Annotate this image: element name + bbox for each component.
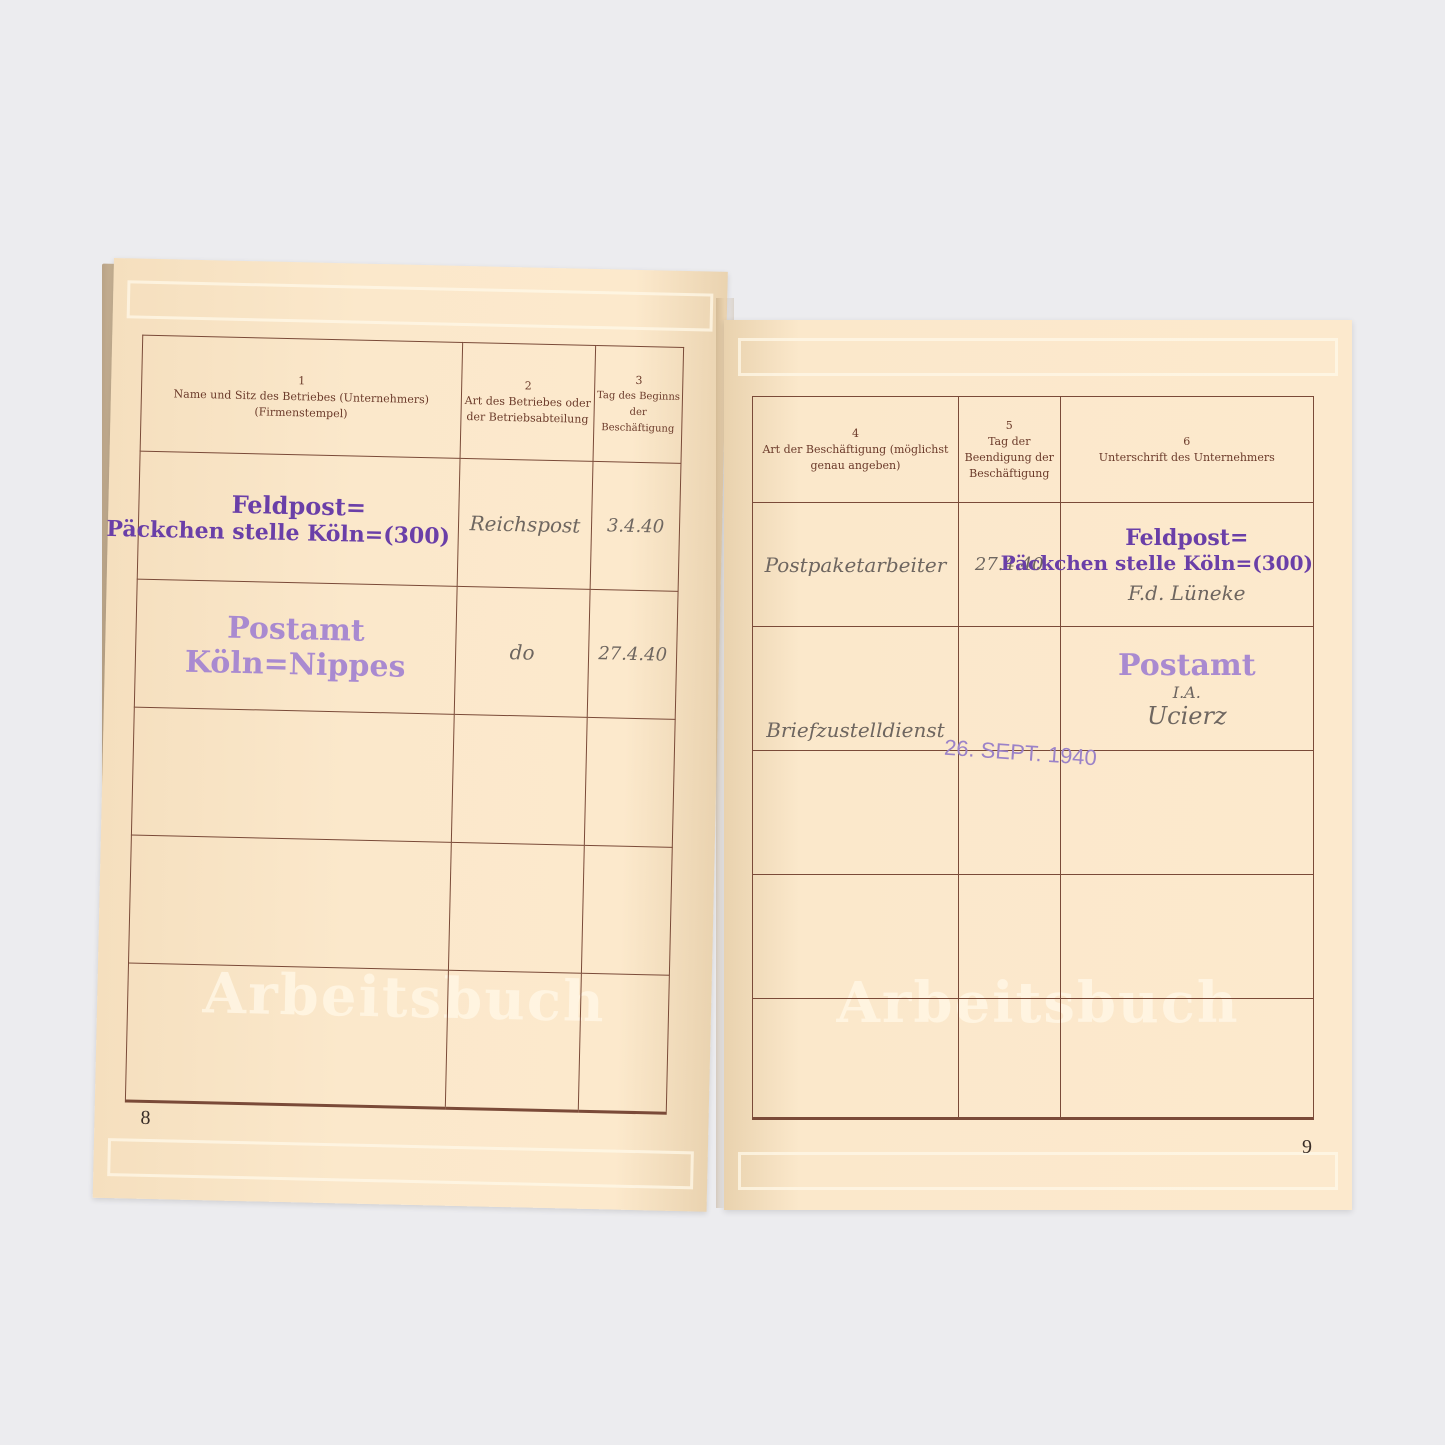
- column-header-2: 2 Art des Betriebes oder der Betriebsabt…: [460, 342, 596, 461]
- empty-cell: [581, 845, 672, 975]
- empty-cell: [445, 970, 581, 1111]
- empty-cell: [958, 875, 1060, 999]
- table-row: [129, 835, 673, 975]
- left-page: Arbeitsbuch 1 Name und Sitz des Betriebe…: [93, 258, 728, 1212]
- signature-cell: Feldpost= Päckchen stelle Köln=(300) F.d…: [1060, 503, 1313, 627]
- empty-cell: [753, 999, 959, 1119]
- end-date-cell: [958, 627, 1060, 751]
- start-date-cell: 3.4.40: [590, 461, 681, 591]
- decorative-border-bottom: [738, 1152, 1338, 1190]
- occupation-cell: Briefzustelldienst: [753, 627, 959, 751]
- signature: F.d. Lüneke: [1061, 581, 1313, 605]
- column-header-6: 6 Unterschrift des Unternehmers: [1060, 397, 1313, 503]
- right-page: Arbeitsbuch 4 Art der Beschäftigung (mög…: [724, 320, 1352, 1210]
- company-stamp-cell: Feldpost= Päckchen stelle Köln=(300): [137, 451, 460, 586]
- table-row: Postamt Köln=Nippes do 27.4.40: [134, 579, 678, 719]
- signature-cell: Postamt I.A. Ucierz: [1060, 627, 1313, 751]
- column-header-4: 4 Art der Beschäftigung (möglichst genau…: [753, 397, 959, 503]
- empty-cell: [129, 835, 452, 970]
- decorative-border-top: [127, 280, 714, 331]
- table-row: [753, 875, 1314, 999]
- company-stamp-cell: Postamt Köln=Nippes: [134, 579, 457, 714]
- occupation-cell: Postpaketarbeiter: [753, 503, 959, 627]
- business-type-cell: Reichspost: [457, 458, 593, 589]
- empty-cell: [1060, 751, 1313, 875]
- empty-cell: [958, 999, 1060, 1119]
- empty-cell: [1060, 999, 1313, 1119]
- table-row: [753, 999, 1314, 1119]
- page-number-right: 9: [1302, 1136, 1312, 1159]
- empty-cell: [451, 714, 587, 845]
- table-row: Postpaketarbeiter 27.4.40 Feldpost= Päck…: [753, 503, 1314, 627]
- column-header-5: 5 Tag der Beendigung der Beschäftigung: [958, 397, 1060, 503]
- table-row: [125, 963, 669, 1113]
- table-row: Feldpost= Päckchen stelle Köln=(300) Rei…: [137, 451, 681, 591]
- empty-cell: [958, 751, 1060, 875]
- empty-cell: [125, 963, 448, 1108]
- open-workbook: Arbeitsbuch 1 Name und Sitz des Betriebe…: [72, 258, 1372, 1218]
- signature-prefix: I.A.: [1061, 683, 1313, 702]
- table-row: [131, 707, 675, 847]
- stamp-line-2: Päckchen stelle Köln=(300): [1001, 551, 1313, 575]
- empty-cell: [1060, 875, 1313, 999]
- empty-cell: [753, 875, 959, 999]
- stamp-line-1: Postamt: [1061, 648, 1313, 683]
- signature: Ucierz: [1061, 702, 1313, 730]
- decorative-border-bottom: [107, 1138, 694, 1189]
- empty-cell: [578, 973, 669, 1113]
- empty-cell: [448, 842, 584, 973]
- empty-cell: [584, 717, 675, 847]
- header-row: 1 Name und Sitz des Betriebes (Unternehm…: [140, 335, 683, 463]
- page-number-left: 8: [140, 1107, 151, 1130]
- table-row: [753, 751, 1314, 875]
- stamp-line-1: Feldpost=: [1061, 525, 1313, 551]
- empty-cell: [131, 707, 454, 842]
- empty-cell: [753, 751, 959, 875]
- employment-table-left: 1 Name und Sitz des Betriebes (Unternehm…: [125, 335, 684, 1115]
- column-header-1: 1 Name und Sitz des Betriebes (Unternehm…: [140, 335, 462, 458]
- stamp-line-2: Köln=Nippes: [135, 643, 455, 685]
- table-row: Briefzustelldienst Postamt I.A. Ucierz: [753, 627, 1314, 751]
- start-date-cell: 27.4.40: [587, 589, 678, 719]
- column-header-3: 3 Tag des Beginns der Beschäftigung: [593, 345, 684, 463]
- decorative-border-top: [738, 338, 1338, 376]
- header-row: 4 Art der Beschäftigung (möglichst genau…: [753, 397, 1314, 503]
- business-type-cell: do: [454, 586, 590, 717]
